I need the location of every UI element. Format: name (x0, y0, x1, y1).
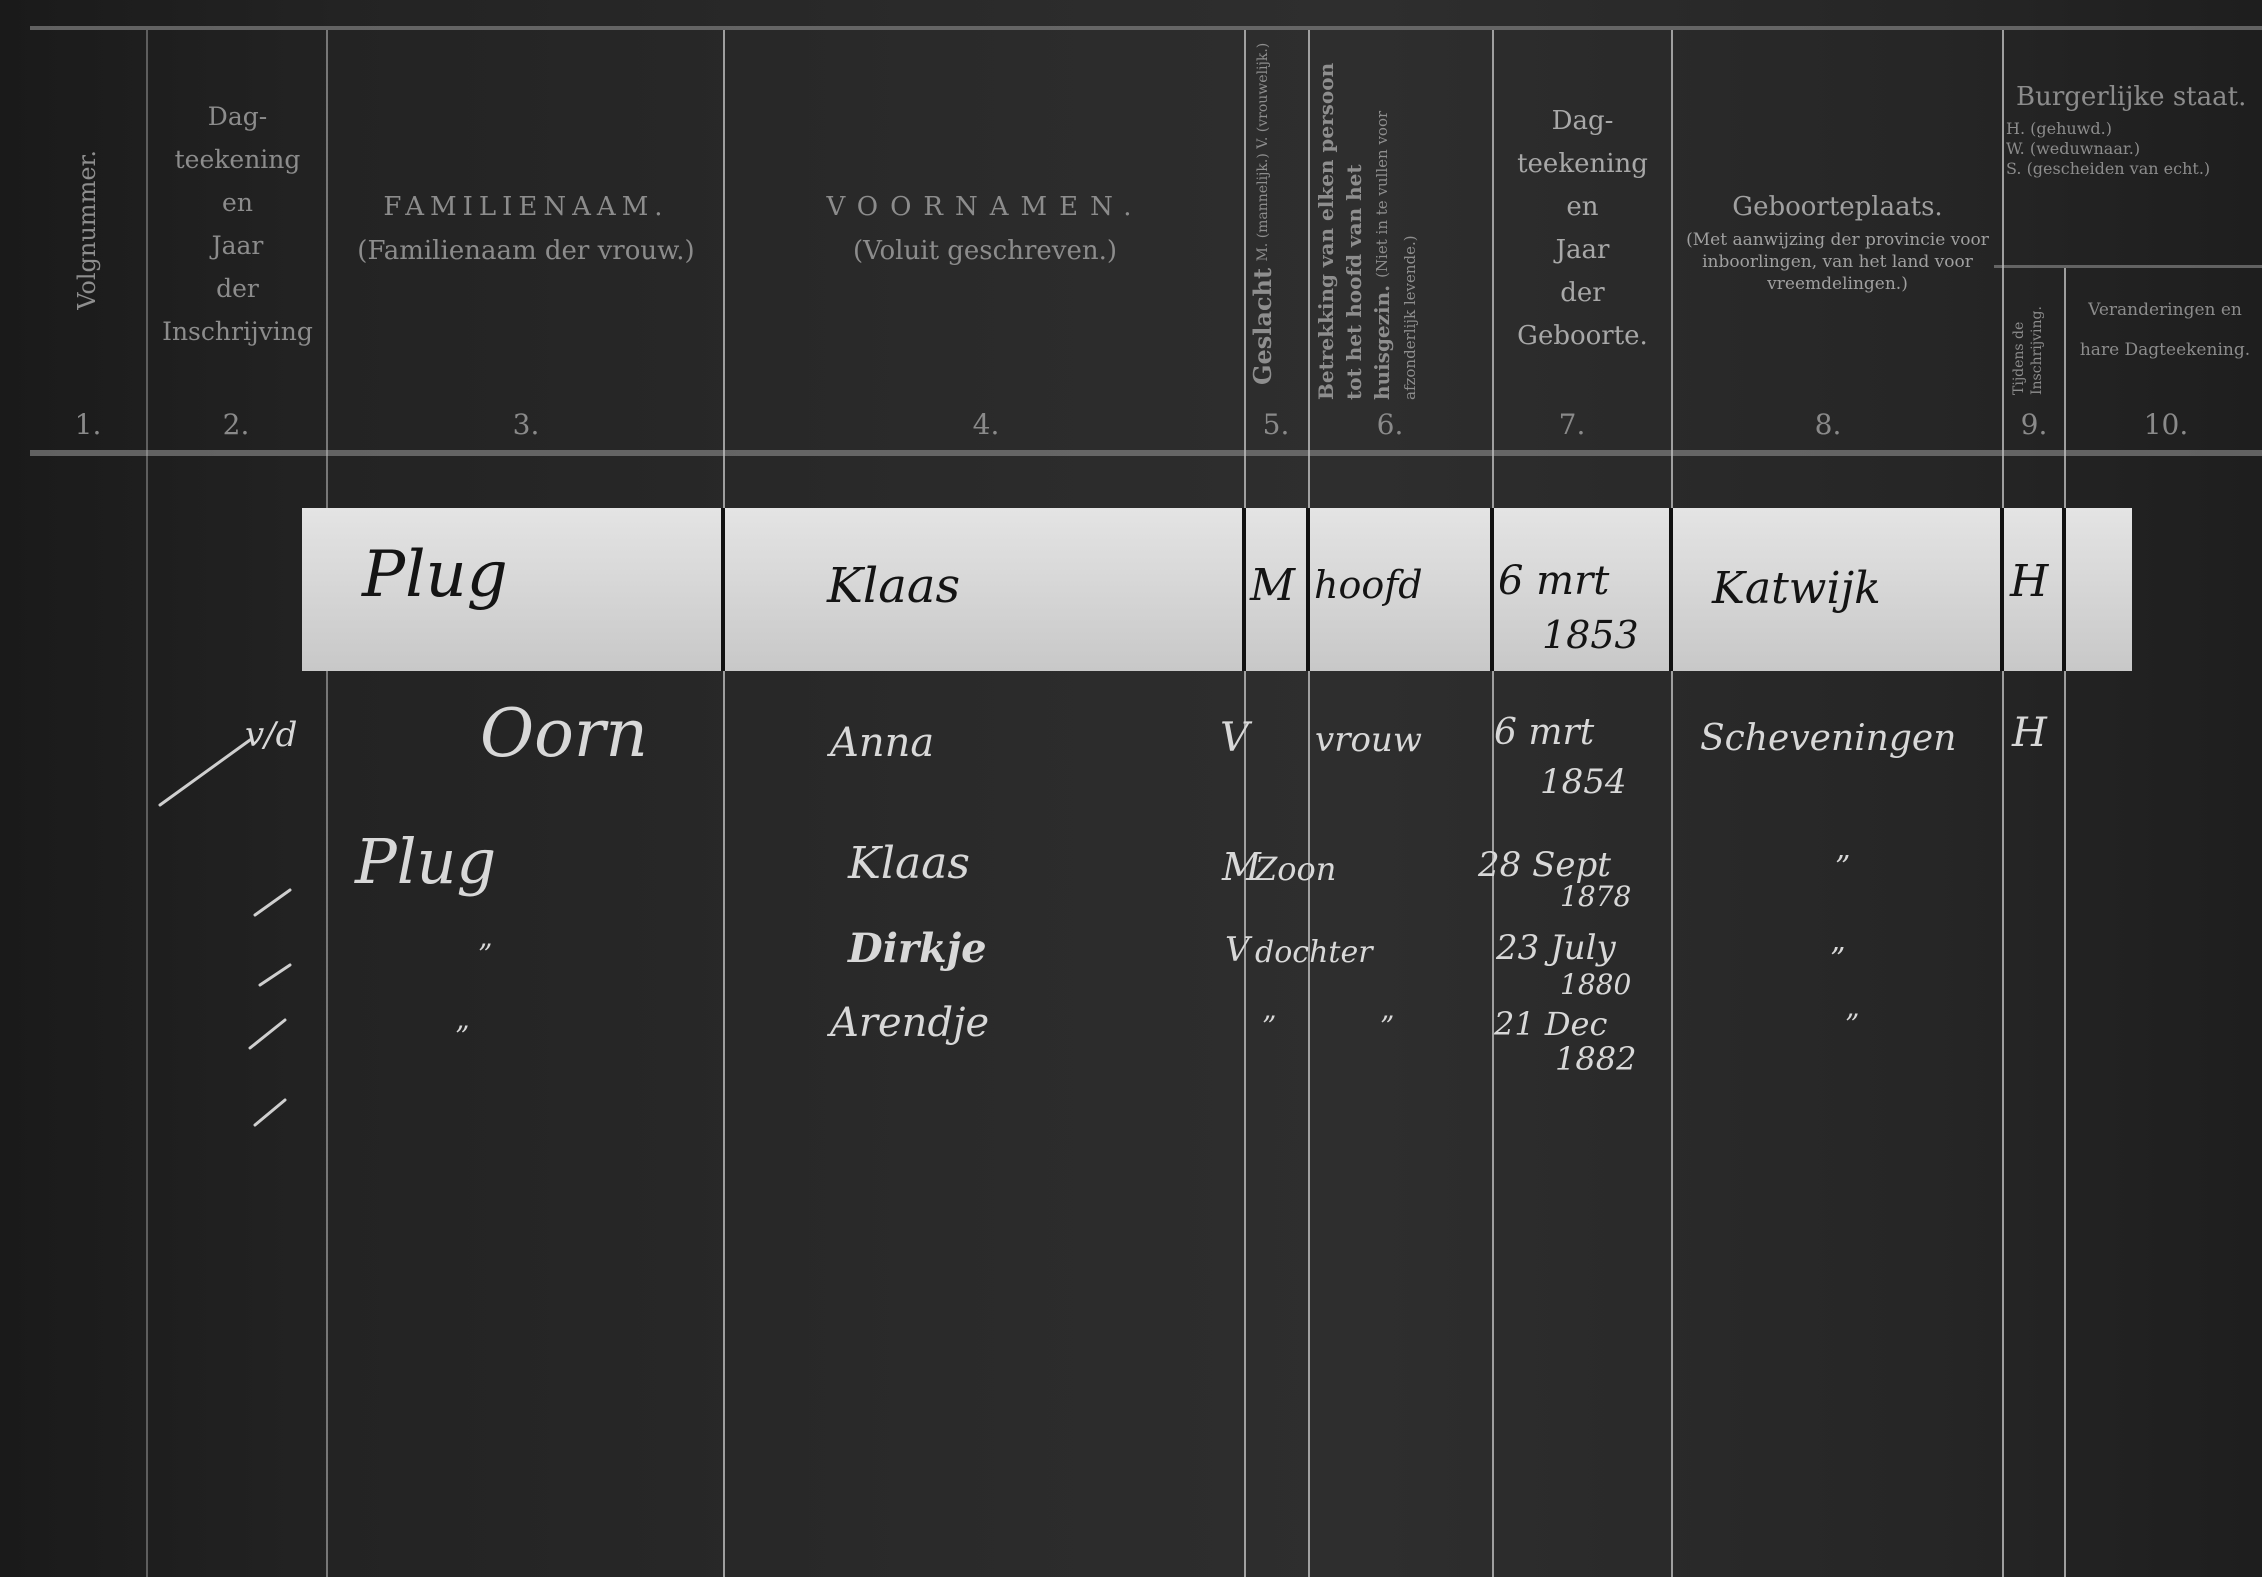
betrekking-cell: dochter (1255, 935, 1373, 970)
header-volgnummer: Volgnummer. (72, 150, 102, 310)
geboorteplaats-cell: Scheveningen (1700, 718, 1956, 759)
geboorteplaats-cell: Katwijk (1712, 563, 1881, 614)
column-number: 2. (206, 408, 266, 441)
column-line (2062, 508, 2066, 671)
familienaam-cell: ” (478, 938, 492, 971)
betrekking-cell: hoofd (1314, 563, 1423, 607)
header-inschrijving: Dag- teekening en Jaar der Inschrijving (150, 95, 325, 353)
column-number: 1. (58, 408, 118, 441)
column-line (1671, 30, 1673, 1577)
column-number: 10. (2136, 408, 2196, 441)
highlighted-row[interactable]: Plug Klaas M hoofd 6 mrt 1853 Katwijk H (302, 508, 2132, 671)
tally-marks (140, 680, 480, 1240)
column-line (1308, 30, 1310, 1577)
geslacht-cell: M (1250, 560, 1295, 611)
betrekking-cell: ” (1380, 1010, 1394, 1043)
column-line (1306, 508, 1310, 671)
column-number: 6. (1360, 408, 1420, 441)
header-betrekking: Betrekking van elken persoon tot het hoo… (1312, 50, 1490, 400)
voornamen-cell: Anna (830, 720, 934, 766)
column-number: 5. (1246, 408, 1306, 441)
column-number: 9. (2004, 408, 2064, 441)
geboortedatum-cell: 28 Sept (1478, 845, 1611, 885)
geboortejaar-cell: 1854 (1540, 762, 1627, 802)
familienaam-cell: Oorn (480, 695, 648, 772)
geboortedatum-cell: 23 July (1496, 928, 1616, 968)
geboorteplaats-cell: ” (1835, 850, 1850, 885)
column-line (1669, 508, 1673, 671)
geboortejaar-cell: 1882 (1555, 1040, 1636, 1078)
geboortejaar-cell: 1878 (1560, 880, 1631, 913)
voornamen-cell: Klaas (827, 558, 960, 614)
header-veranderingen: Veranderingen en hare Dagteekening. (2070, 290, 2260, 370)
geboortedatum-cell: 6 mrt (1494, 712, 1594, 753)
column-line (1242, 508, 1246, 671)
header-geboorte: Dag- teekening en Jaar der Geboorte. (1495, 100, 1670, 358)
column-line (721, 508, 725, 671)
top-rule (30, 26, 2262, 30)
column-line (2002, 30, 2004, 1577)
geslacht-cell: V (1220, 715, 1249, 761)
geboorteplaats-cell: ” (1845, 1008, 1859, 1041)
header-burgerlijke-staat: Burgerlijke staat. H. (gehuwd.) W. (wedu… (2006, 75, 2262, 179)
column-number: 3. (496, 408, 556, 441)
geboortejaar-cell: 1853 (1542, 613, 1639, 657)
geslacht-cell: V (1225, 930, 1250, 970)
header-geboorteplaats: Geboorteplaats. (Met aanwijzing der prov… (1675, 185, 2000, 295)
column-line (2000, 508, 2004, 671)
burgerlijke-staat-rule (1994, 265, 2262, 268)
column-line (723, 30, 725, 1577)
column-number: 7. (1542, 408, 1602, 441)
betrekking-cell: vrouw (1315, 720, 1422, 760)
geboortejaar-cell: 1880 (1560, 968, 1631, 1001)
voornamen-cell: Arendje (830, 1000, 989, 1046)
column-line (2064, 268, 2066, 1577)
register-page: Volgnummer. Dag- teekening en Jaar der I… (0, 0, 2262, 1577)
geboorteplaats-cell: ” (1830, 942, 1845, 977)
familienaam-cell: Plug (362, 538, 508, 612)
header-familienaam: FAMILIENAAM. (Familienaam der vrouw.) (330, 185, 722, 273)
betrekking-cell: Zoon (1255, 850, 1336, 888)
geboortedatum-cell: 6 mrt (1498, 558, 1609, 604)
staat-cell: H (2012, 710, 2047, 756)
column-line (1490, 508, 1494, 671)
header-bottom-rule (30, 450, 2262, 456)
geboortedatum-cell: 21 Dec (1494, 1005, 1607, 1043)
geslacht-cell: ” (1262, 1010, 1276, 1043)
header-tijdens-inschrijving: Tijdens de Inschrijving. (2010, 275, 2060, 395)
header-voornamen: VOORNAMEN. (Voluit geschreven.) (727, 185, 1243, 273)
voornamen-cell: Dirkje (848, 925, 987, 972)
column-line (1492, 30, 1494, 1577)
column-line (1244, 30, 1246, 1577)
header-geslacht: Geslacht M. (mannelijk.) V. (vrouwelijk.… (1252, 55, 1274, 385)
voornamen-cell: Klaas (848, 838, 970, 889)
column-number: 8. (1798, 408, 1858, 441)
staat-cell: H (2010, 556, 2048, 607)
column-number: 4. (956, 408, 1016, 441)
